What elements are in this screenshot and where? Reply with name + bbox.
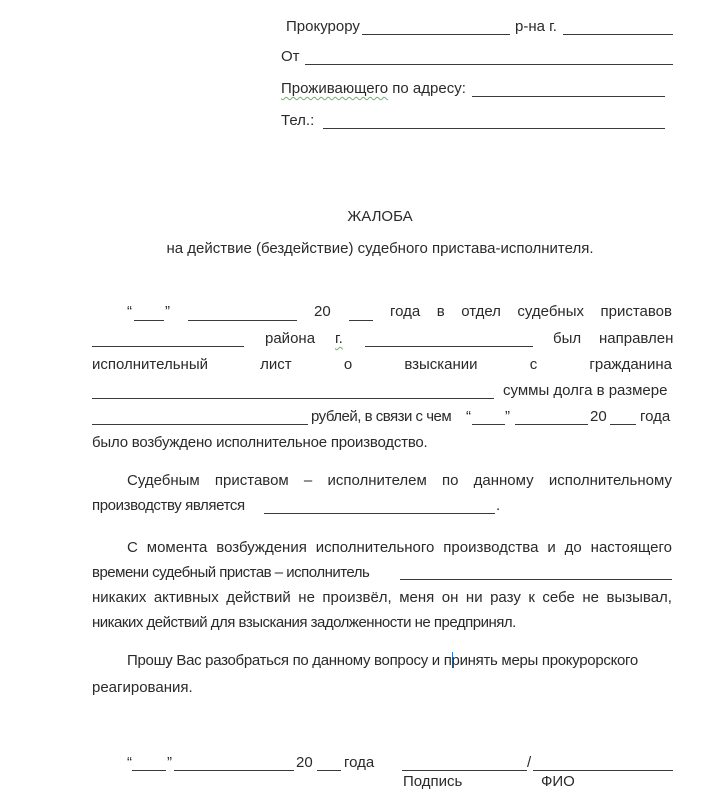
word: ни: [466, 589, 483, 607]
word: исполнительный: [92, 356, 208, 374]
word: взыскании: [404, 356, 477, 374]
start-year-field[interactable]: [610, 424, 636, 425]
debtor-name-field[interactable]: [92, 398, 494, 399]
word: к: [528, 589, 535, 607]
year-prefix: 20: [590, 408, 607, 426]
word: направлен: [599, 330, 673, 348]
spellcheck-word: Проживающего: [281, 80, 388, 97]
district-field[interactable]: [563, 34, 673, 35]
bailiff-name-field-2[interactable]: [400, 579, 672, 580]
word: он: [442, 589, 459, 607]
paragraph-text: производству является: [92, 497, 245, 515]
rubles-text: рублей, в связи с чем: [311, 408, 451, 426]
word: отдел: [461, 303, 501, 321]
quote-open: “: [127, 303, 132, 321]
word: не: [582, 589, 599, 607]
word: –: [304, 472, 312, 490]
word: приставов: [600, 303, 672, 321]
word: возбуждения: [216, 539, 307, 557]
word: в: [437, 303, 445, 321]
word: С: [127, 539, 138, 557]
word: меня: [399, 589, 434, 607]
quote-close: ”: [165, 303, 170, 321]
word: разу: [490, 589, 521, 607]
word: никаких: [92, 589, 146, 607]
month-field[interactable]: [188, 320, 297, 321]
district-label: р-на г.: [515, 18, 557, 36]
word: производства: [443, 539, 538, 557]
word: не: [298, 589, 315, 607]
line-text: никаких активных действий не произвёл, м…: [92, 589, 672, 607]
full-name-field[interactable]: [533, 770, 673, 771]
document-title: ЖАЛОБА: [0, 208, 720, 226]
word: года: [390, 303, 420, 321]
word: и: [547, 539, 555, 557]
line-text: исполнительный лист о взыскании с гражда…: [92, 356, 672, 374]
paragraph-text: было возбуждено исполнительное производс…: [92, 434, 428, 452]
district-word: района: [265, 330, 315, 348]
document-subtitle: на действие (бездействие) судебного прис…: [0, 240, 720, 258]
line-text: С момента возбуждения исполнительного пр…: [127, 539, 672, 557]
sign-year-field[interactable]: [317, 770, 341, 771]
phone-label: Тел.:: [281, 112, 314, 130]
separator: /: [527, 754, 531, 772]
prosecutor-label: Прокурору: [286, 18, 360, 36]
word: себе: [542, 589, 574, 607]
word: вызывал,: [606, 589, 671, 607]
day-field[interactable]: [134, 320, 164, 321]
bailiff-department-field[interactable]: [92, 346, 244, 347]
word: был: [553, 330, 581, 348]
word: до: [565, 539, 582, 557]
debt-amount-text: суммы долга в размере: [503, 382, 667, 400]
quote-close: ”: [505, 408, 510, 426]
word: исполнителем: [327, 472, 426, 490]
address-label-rest: по адресу:: [388, 80, 466, 97]
year-prefix: 20: [314, 303, 331, 321]
prosecutor-name-field[interactable]: [362, 34, 510, 35]
year-suffix: года: [640, 408, 670, 426]
year-suffix: года: [344, 754, 374, 772]
year-field[interactable]: [349, 320, 373, 321]
word: о: [344, 356, 352, 374]
quote-close: ”: [167, 754, 172, 772]
sign-month-field[interactable]: [174, 770, 294, 771]
word: по: [442, 472, 458, 490]
address-label: Проживающего по адресу:: [281, 80, 466, 98]
word: исполнительному: [549, 472, 672, 490]
bailiff-name-field[interactable]: [264, 513, 495, 514]
word: исполнительного: [316, 539, 435, 557]
word: активных: [154, 589, 219, 607]
word: лист: [260, 356, 292, 374]
word: настоящего: [591, 539, 672, 557]
paragraph-text: никаких действий для взыскания задолженн…: [92, 614, 516, 632]
line-text: Судебным приставом – исполнителем по дан…: [127, 472, 672, 490]
word: произвёл,: [322, 589, 391, 607]
text-before-cursor: Прошу Вас разобраться по данному вопросу…: [127, 652, 452, 669]
word: с: [530, 356, 538, 374]
year-prefix: 20: [296, 754, 313, 772]
signature-field[interactable]: [402, 770, 527, 771]
text-after-cursor: ринять меры прокурорского: [452, 652, 638, 669]
word: момента: [147, 539, 208, 557]
city-abbrev: г.: [335, 330, 343, 348]
name-caption: ФИО: [541, 773, 575, 791]
start-month-field[interactable]: [515, 424, 588, 425]
word: судебных: [517, 303, 584, 321]
quote-open: “: [466, 408, 471, 426]
phone-field[interactable]: [323, 128, 665, 129]
word: Судебным: [127, 472, 200, 490]
word: данному: [474, 472, 534, 490]
from-label: От: [281, 48, 300, 66]
word: приставом: [215, 472, 289, 490]
signature-caption: Подпись: [403, 773, 462, 791]
word: гражданина: [589, 356, 672, 374]
start-day-field[interactable]: [472, 424, 505, 425]
address-field[interactable]: [472, 96, 665, 97]
sign-day-field[interactable]: [132, 770, 166, 771]
line-text: года в отдел судебных приставов: [390, 303, 672, 321]
city-field[interactable]: [365, 346, 533, 347]
debt-amount-field[interactable]: [92, 424, 308, 425]
from-field[interactable]: [305, 64, 673, 65]
period: .: [496, 497, 500, 515]
paragraph-text: реагирования.: [92, 679, 193, 697]
word: действий: [226, 589, 291, 607]
paragraph-text: времени судебный пристав – исполнитель: [92, 564, 369, 582]
paragraph-text: Прошу Вас разобраться по данному вопросу…: [127, 652, 638, 670]
